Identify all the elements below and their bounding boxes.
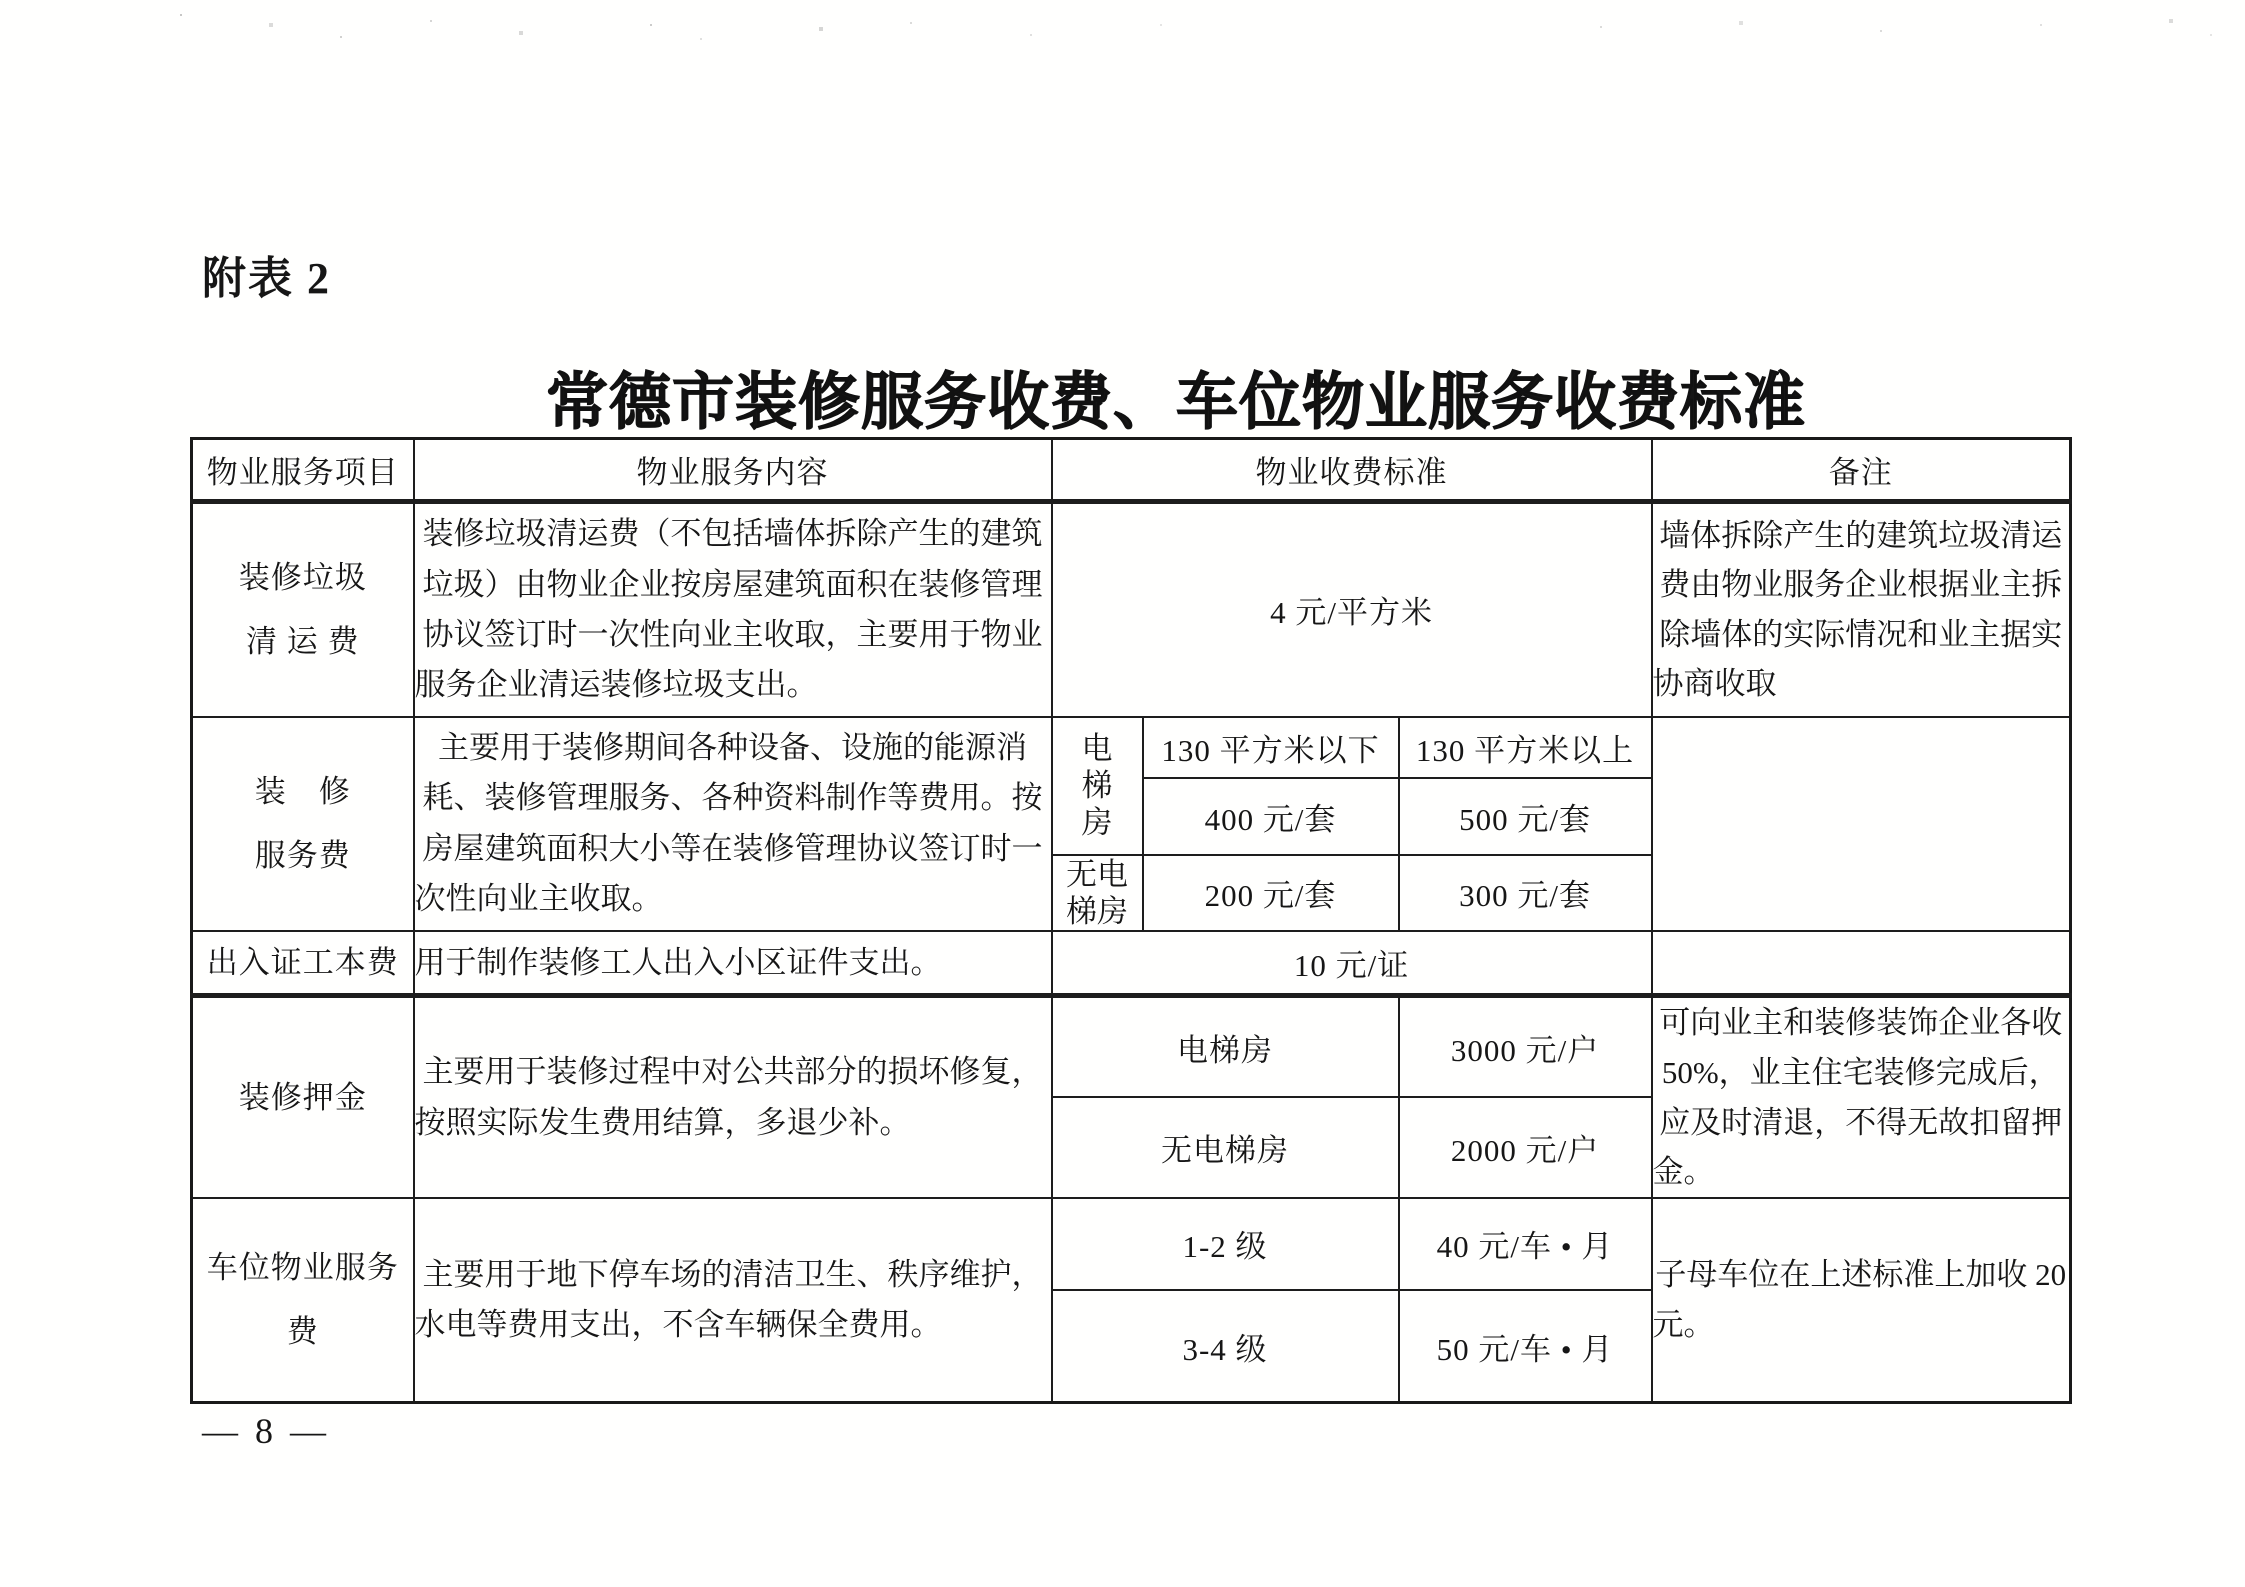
garbage-standard: 4 元/平方米: [1052, 502, 1652, 717]
service-elevator-label: 电 梯 房: [1052, 717, 1143, 855]
row-pass: 出入证工本费 用于制作装修工人出入小区证件支出。 10 元/证: [192, 931, 2071, 996]
service-area-under-130: 130 平方米以下: [1143, 717, 1399, 778]
header-standard: 物业收费标准: [1052, 439, 1652, 502]
deposit-elevator-label: 电梯房: [1052, 996, 1399, 1097]
parking-item: 车位物业服务 费: [192, 1198, 414, 1403]
row-service-a: 装 修 服务费 主要用于装修期间各种设备、设施的能源消耗、装修管理服务、各种资料…: [192, 717, 2071, 778]
page-number: — 8 —: [202, 1410, 330, 1452]
garbage-item: 装修垃圾 清 运 费: [192, 502, 414, 717]
row-deposit-a: 装修押金 主要用于装修过程中对公共部分的损坏修复，按照实际发生费用结算，多退少补…: [192, 996, 2071, 1097]
row-garbage: 装修垃圾 清 运 费 装修垃圾清运费（不包括墙体拆除产生的建筑垃圾）由物业企业按…: [192, 502, 2071, 717]
row-parking-a: 车位物业服务 费 主要用于地下停车场的清洁卫生、秩序维护，水电等费用支出，不含车…: [192, 1198, 2071, 1290]
pass-content: 用于制作装修工人出入小区证件支出。: [414, 931, 1052, 996]
pass-standard: 10 元/证: [1052, 931, 1652, 996]
annex-label: 附表 2: [202, 242, 331, 306]
header-remark: 备注: [1652, 439, 2071, 502]
deposit-remark: 可向业主和装修装饰企业各收50%，业主住宅装修完成后，应及时清退，不得无故扣留押…: [1652, 996, 2071, 1198]
pass-remark: [1652, 931, 2071, 996]
parking-remark: 子母车位在上述标准上加收 20 元。: [1652, 1198, 2071, 1403]
service-content: 主要用于装修期间各种设备、设施的能源消耗、装修管理服务、各种资料制作等费用。按房…: [414, 717, 1052, 931]
document-page: 附表 2 常德市装修服务收费、车位物业服务收费标准 物业服务项目 物业服务内容 …: [0, 0, 2245, 1587]
service-area-over-130: 130 平方米以上: [1399, 717, 1652, 778]
deposit-no-elevator-value: 2000 元/户: [1399, 1097, 1652, 1198]
pass-item: 出入证工本费: [192, 931, 414, 996]
parking-content: 主要用于地下停车场的清洁卫生、秩序维护，水电等费用支出，不含车辆保全费用。: [414, 1198, 1052, 1403]
fee-table: 物业服务项目 物业服务内容 物业收费标准 备注 装修垃圾 清 运 费 装修垃圾清…: [190, 437, 2072, 1404]
scan-noise: [180, 14, 182, 16]
header-item: 物业服务项目: [192, 439, 414, 502]
service-remark: [1652, 717, 2071, 931]
deposit-item: 装修押金: [192, 996, 414, 1198]
deposit-no-elevator-label: 无电梯房: [1052, 1097, 1399, 1198]
parking-level-3-4-label: 3-4 级: [1052, 1290, 1399, 1403]
service-no-elevator-label: 无电 梯房: [1052, 855, 1143, 931]
service-item: 装 修 服务费: [192, 717, 414, 931]
document-title: 常德市装修服务收费、车位物业服务收费标准: [546, 352, 1806, 441]
deposit-content: 主要用于装修过程中对公共部分的损坏修复，按照实际发生费用结算，多退少补。: [414, 996, 1052, 1198]
parking-level-1-2-value: 40 元/车 • 月: [1399, 1198, 1652, 1290]
garbage-content: 装修垃圾清运费（不包括墙体拆除产生的建筑垃圾）由物业企业按房屋建筑面积在装修管理…: [414, 502, 1052, 717]
header-content: 物业服务内容: [414, 439, 1052, 502]
table-header-row: 物业服务项目 物业服务内容 物业收费标准 备注: [192, 439, 2071, 502]
parking-level-3-4-value: 50 元/车 • 月: [1399, 1290, 1652, 1403]
service-no-elevator-under-fee: 200 元/套: [1143, 855, 1399, 931]
service-no-elevator-over-fee: 300 元/套: [1399, 855, 1652, 931]
service-elevator-over-fee: 500 元/套: [1399, 778, 1652, 855]
service-elevator-under-fee: 400 元/套: [1143, 778, 1399, 855]
garbage-remark: 墙体拆除产生的建筑垃圾清运费由物业服务企业根据业主拆除墙体的实际情况和业主据实协…: [1652, 502, 2071, 717]
deposit-elevator-value: 3000 元/户: [1399, 996, 1652, 1097]
parking-level-1-2-label: 1-2 级: [1052, 1198, 1399, 1290]
